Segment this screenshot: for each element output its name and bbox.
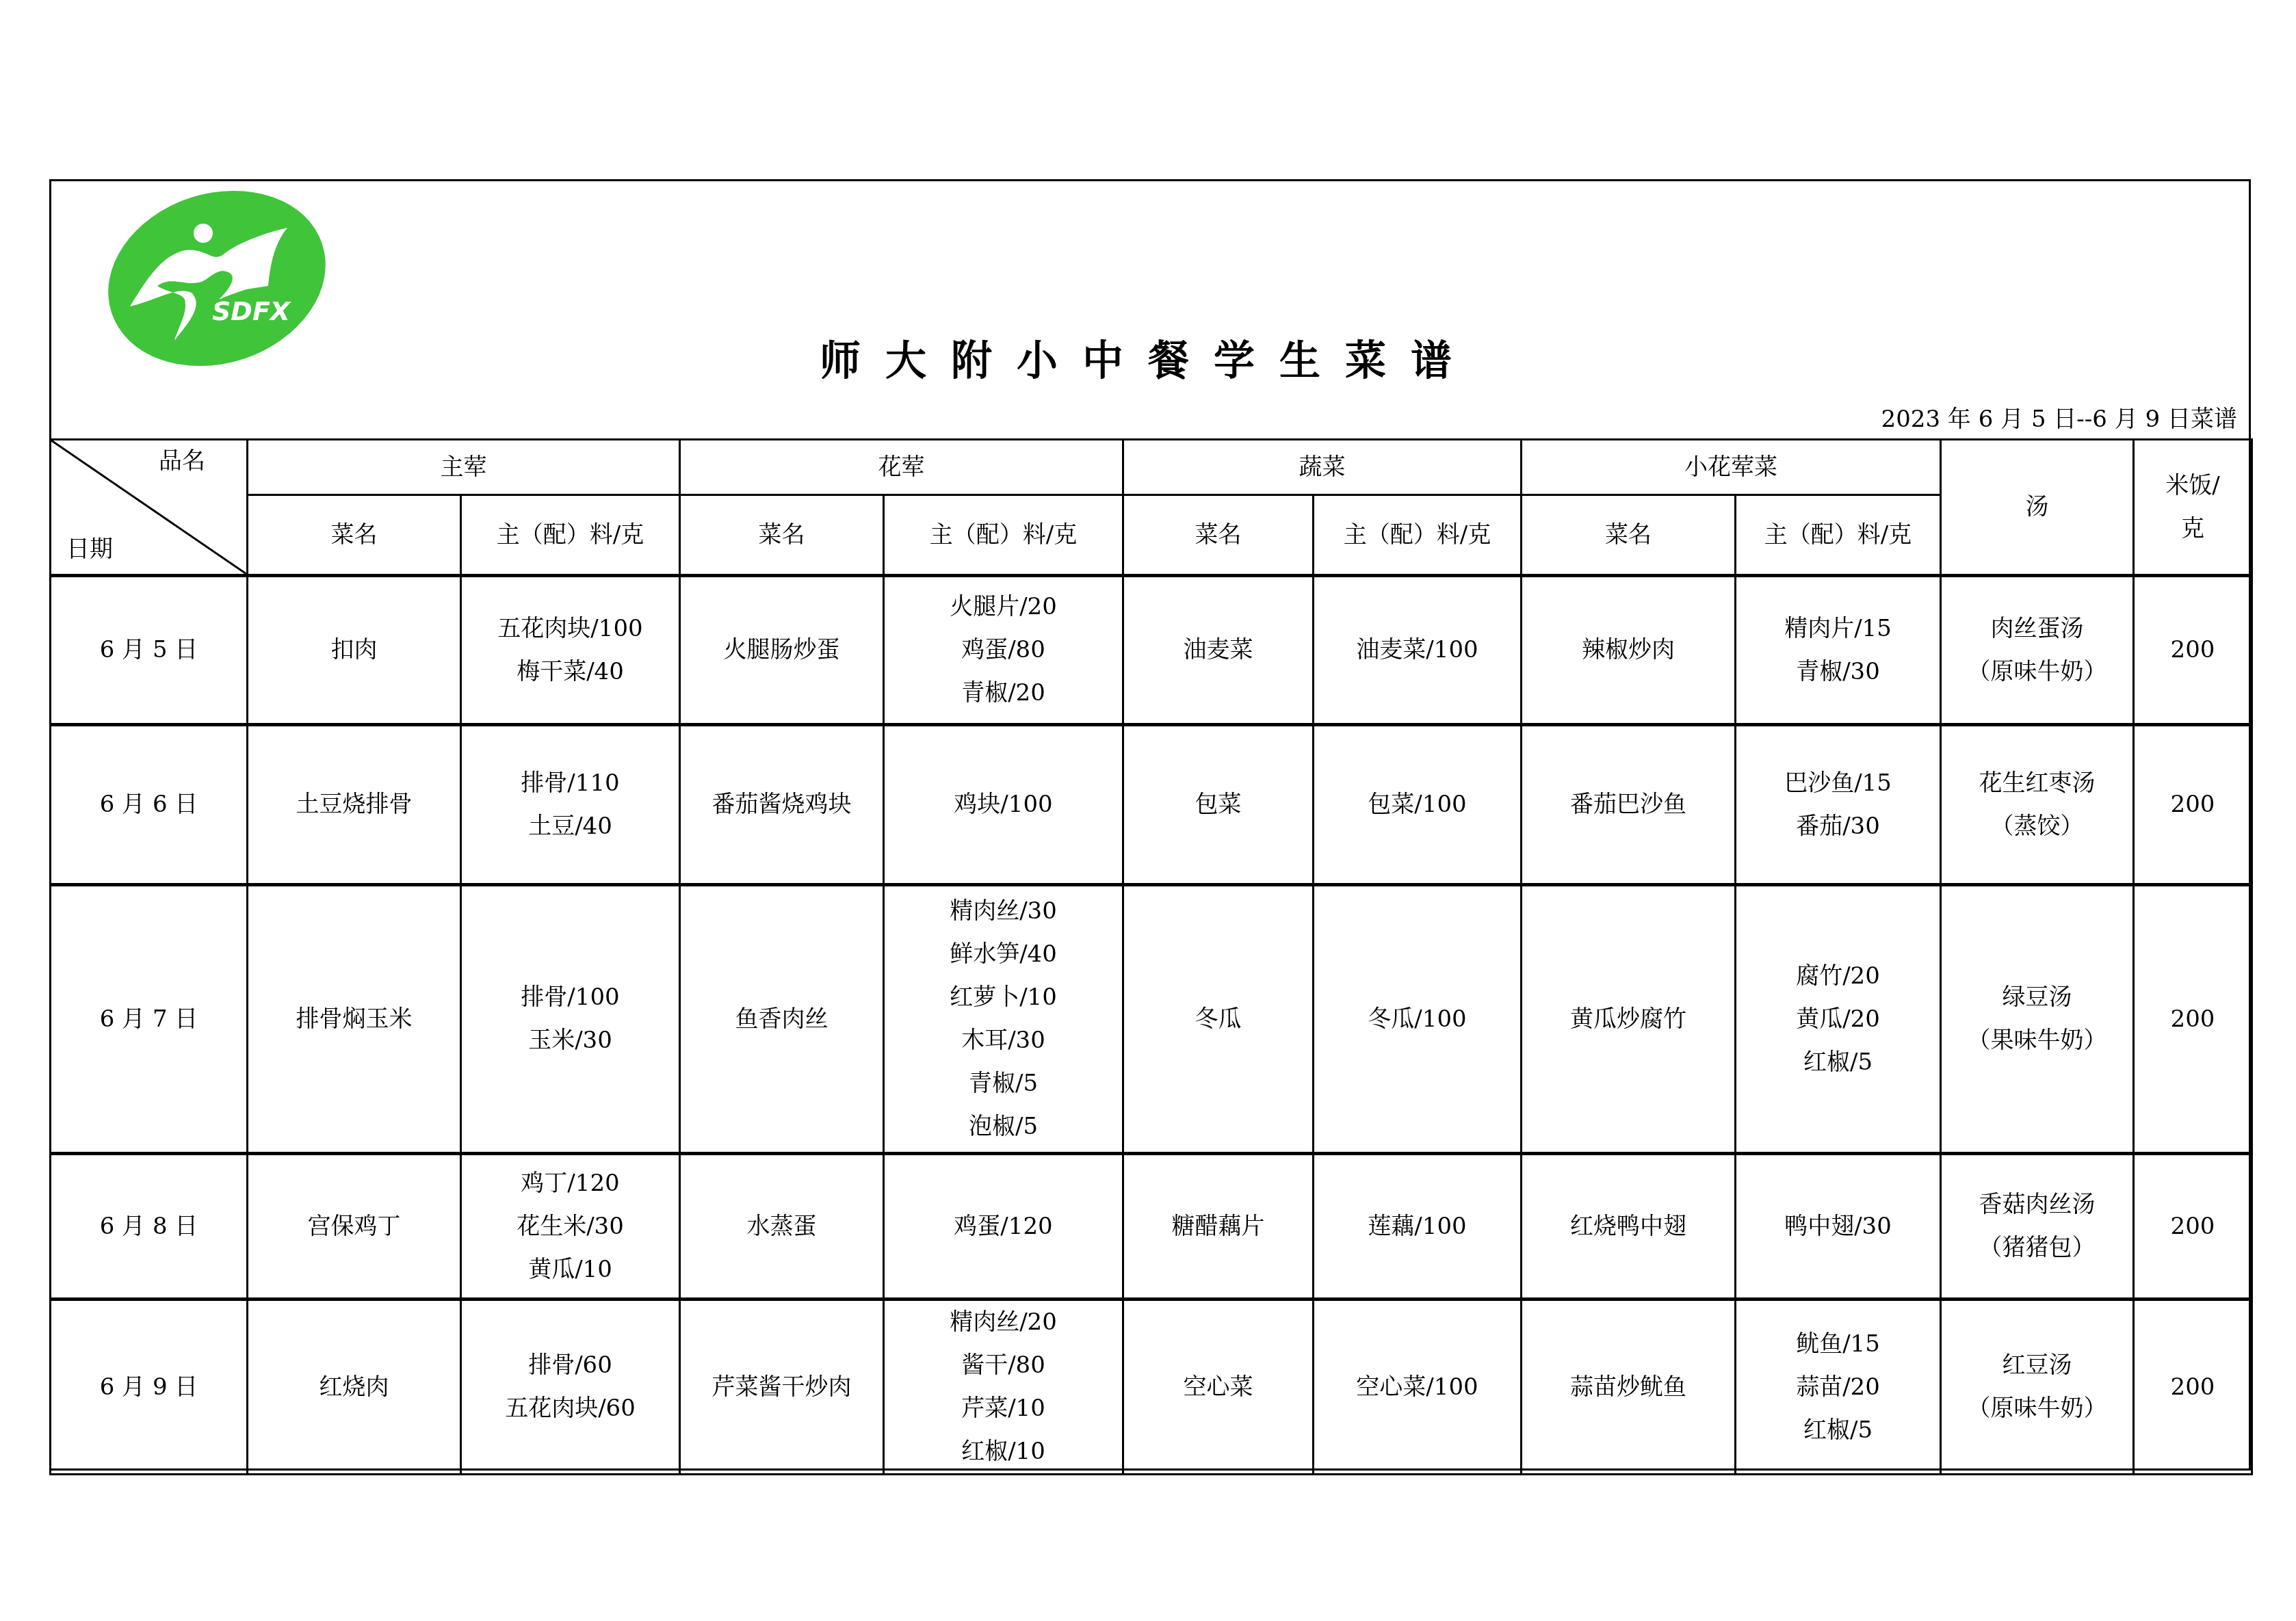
rice-cell: 200 [2134, 1154, 2252, 1300]
rice-cell: 200 [2134, 885, 2252, 1154]
date-cell: 6 月 9 日 [51, 1300, 248, 1475]
vegetable-ingredients: 包菜/100 [1314, 725, 1522, 885]
vegetable-dish: 冬瓜 [1123, 885, 1314, 1154]
soup-cell: 肉丝蛋汤（原味牛奶） [1941, 576, 2134, 725]
side-meat-ingredients: 精肉丝/30鲜水笋/40红萝卜/10木耳/30青椒/5泡椒/5 [884, 885, 1123, 1154]
product-name-label: 品名 [159, 447, 205, 475]
soup-header: 汤 [1941, 440, 2134, 576]
page-title: 师大附小中餐学生菜谱 [0, 328, 2296, 387]
table-row: 6 月 9 日 红烧肉 排骨/60五花肉块/60 芹菜酱干炒肉 精肉丝/20酱干… [51, 1300, 2252, 1475]
main-meat-dish: 扣肉 [248, 576, 461, 725]
main-meat-ingredients: 五花肉块/100梅干菜/40 [461, 576, 680, 725]
small-meat-dish: 黄瓜炒腐竹 [1522, 885, 1736, 1154]
soup-cell: 绿豆汤（果味牛奶） [1941, 885, 2134, 1154]
corner-header: 品名 日期 [51, 440, 248, 576]
small-meat-dish: 番茄巴沙鱼 [1522, 725, 1736, 885]
main-meat-ingredients: 鸡丁/120花生米/30黄瓜/10 [461, 1154, 680, 1300]
group-small-meat: 小花荤菜 [1522, 440, 1941, 495]
date-cell: 6 月 7 日 [51, 885, 248, 1154]
main-meat-dish: 土豆烧排骨 [248, 725, 461, 885]
dish-name-header: 菜名 [1123, 495, 1314, 576]
vegetable-dish: 糖醋藕片 [1123, 1154, 1314, 1300]
table-row: 6 月 8 日 宫保鸡丁 鸡丁/120花生米/30黄瓜/10 水蒸蛋 鸡蛋/12… [51, 1154, 2252, 1300]
rice-cell: 200 [2134, 1300, 2252, 1475]
side-meat-dish: 火腿肠炒蛋 [680, 576, 884, 725]
side-meat-ingredients: 火腿片/20鸡蛋/80青椒/20 [884, 576, 1123, 725]
date-range: 2023 年 6 月 5 日--6 月 9 日菜谱 [1881, 400, 2238, 434]
date-cell: 6 月 8 日 [51, 1154, 248, 1300]
main-meat-dish: 红烧肉 [248, 1300, 461, 1475]
small-meat-ingredients: 鸭中翅/30 [1736, 1154, 1941, 1300]
soup-cell: 香菇肉丝汤（猪猪包） [1941, 1154, 2134, 1300]
small-meat-dish: 蒜苗炒鱿鱼 [1522, 1300, 1736, 1475]
table-row: 6 月 6 日 土豆烧排骨 排骨/110土豆/40 番茄酱烧鸡块 鸡块/100 … [51, 725, 2252, 885]
dish-name-header: 菜名 [680, 495, 884, 576]
dish-name-header: 菜名 [1522, 495, 1736, 576]
soup-cell: 红豆汤（原味牛奶） [1941, 1300, 2134, 1475]
small-meat-dish: 辣椒炒肉 [1522, 576, 1736, 725]
rice-cell: 200 [2134, 725, 2252, 885]
ingredients-header: 主（配）料/克 [884, 495, 1123, 576]
vegetable-ingredients: 空心菜/100 [1314, 1300, 1522, 1475]
svg-text:SDFX: SDFX [212, 296, 291, 326]
vegetable-dish: 油麦菜 [1123, 576, 1314, 725]
rice-header: 米饭/克 [2134, 440, 2252, 576]
vegetable-ingredients: 莲藕/100 [1314, 1154, 1522, 1300]
ingredients-header: 主（配）料/克 [1736, 495, 1941, 576]
main-meat-dish: 排骨焖玉米 [248, 885, 461, 1154]
small-meat-ingredients: 鱿鱼/15蒜苗/20红椒/5 [1736, 1300, 1941, 1475]
group-vegetable: 蔬菜 [1123, 440, 1522, 495]
main-meat-ingredients: 排骨/100玉米/30 [461, 885, 680, 1154]
main-meat-dish: 宫保鸡丁 [248, 1154, 461, 1300]
dish-name-header: 菜名 [248, 495, 461, 576]
date-label: 日期 [66, 536, 113, 563]
side-meat-dish: 鱼香肉丝 [680, 885, 884, 1154]
side-meat-ingredients: 精肉丝/20酱干/80芹菜/10红椒/10 [884, 1300, 1123, 1475]
ingredients-header: 主（配）料/克 [461, 495, 680, 576]
ingredients-header: 主（配）料/克 [1314, 495, 1522, 576]
side-meat-dish: 番茄酱烧鸡块 [680, 725, 884, 885]
side-meat-dish: 水蒸蛋 [680, 1154, 884, 1300]
rice-cell: 200 [2134, 576, 2252, 725]
table-row: 6 月 7 日 排骨焖玉米 排骨/100玉米/30 鱼香肉丝 精肉丝/30鲜水笋… [51, 885, 2252, 1154]
menu-table: 品名 日期 主荤 花荤 蔬菜 小花荤菜 汤 米饭/克 菜名 主（配）料/克 菜名… [49, 438, 2253, 1475]
group-side-meat: 花荤 [680, 440, 1123, 495]
date-cell: 6 月 5 日 [51, 576, 248, 725]
soup-cell: 花生红枣汤（蒸饺） [1941, 725, 2134, 885]
vegetable-ingredients: 冬瓜/100 [1314, 885, 1522, 1154]
main-meat-ingredients: 排骨/60五花肉块/60 [461, 1300, 680, 1475]
vegetable-ingredients: 油麦菜/100 [1314, 576, 1522, 725]
small-meat-ingredients: 精肉片/15青椒/30 [1736, 576, 1941, 725]
small-meat-ingredients: 腐竹/20黄瓜/20红椒/5 [1736, 885, 1941, 1154]
date-cell: 6 月 6 日 [51, 725, 248, 885]
header-row-sub: 菜名 主（配）料/克 菜名 主（配）料/克 菜名 主（配）料/克 菜名 主（配）… [51, 495, 2252, 576]
small-meat-ingredients: 巴沙鱼/15番茄/30 [1736, 725, 1941, 885]
small-meat-dish: 红烧鸭中翅 [1522, 1154, 1736, 1300]
header-row-groups: 品名 日期 主荤 花荤 蔬菜 小花荤菜 汤 米饭/克 [51, 440, 2252, 495]
side-meat-ingredients: 鸡块/100 [884, 725, 1123, 885]
side-meat-dish: 芹菜酱干炒肉 [680, 1300, 884, 1475]
side-meat-ingredients: 鸡蛋/120 [884, 1154, 1123, 1300]
vegetable-dish: 包菜 [1123, 725, 1314, 885]
group-main-meat: 主荤 [248, 440, 680, 495]
table-row: 6 月 5 日 扣肉 五花肉块/100梅干菜/40 火腿肠炒蛋 火腿片/20鸡蛋… [51, 576, 2252, 725]
main-meat-ingredients: 排骨/110土豆/40 [461, 725, 680, 885]
vegetable-dish: 空心菜 [1123, 1300, 1314, 1475]
